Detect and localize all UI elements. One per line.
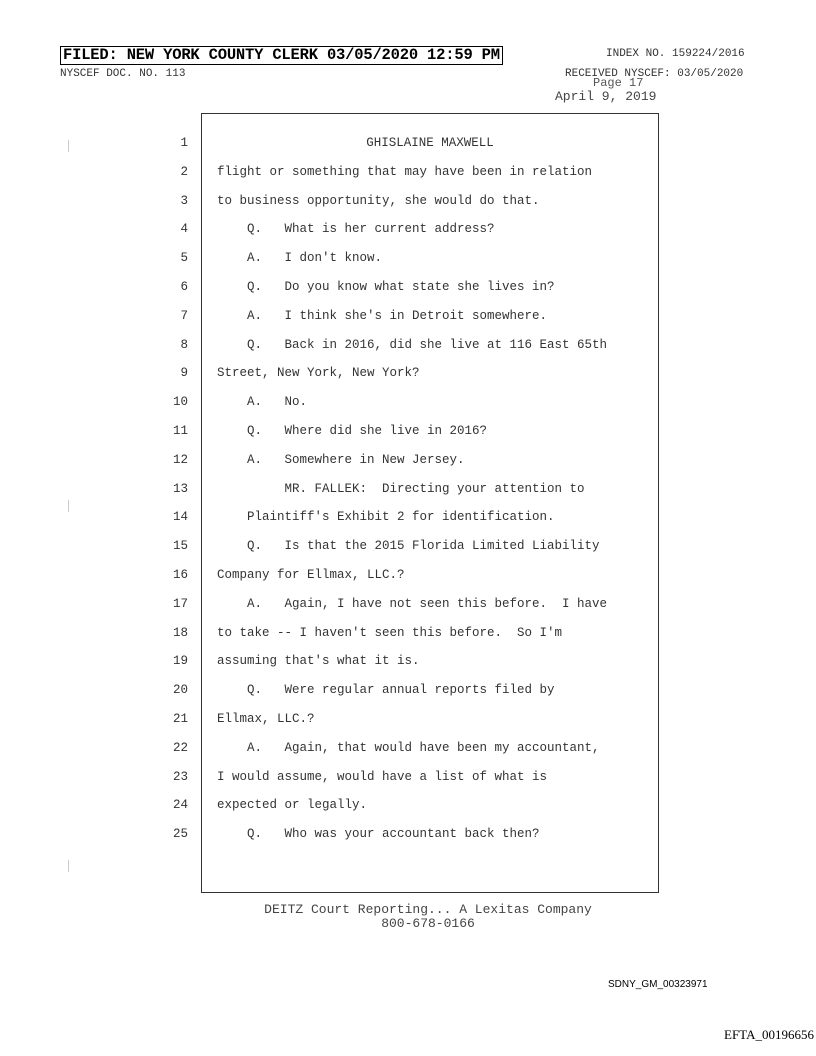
transcript-line: 18to take -- I haven't seen this before.… bbox=[0, 626, 816, 646]
line-text: Q. Were regular annual reports filed by bbox=[217, 683, 555, 697]
line-text: I would assume, would have a list of wha… bbox=[217, 770, 547, 784]
transcript-line: 21Ellmax, LLC.? bbox=[0, 712, 816, 732]
line-text: Q. Do you know what state she lives in? bbox=[217, 280, 555, 294]
reporter-phone: 800-678-0166 bbox=[0, 916, 816, 931]
transcript-line: 11 Q. Where did she live in 2016? bbox=[0, 424, 816, 444]
index-number: INDEX NO. 159224/2016 bbox=[606, 48, 745, 60]
transcript-line: 23I would assume, would have a list of w… bbox=[0, 770, 816, 790]
transcript-line: 19assuming that's what it is. bbox=[0, 654, 816, 674]
line-text: expected or legally. bbox=[217, 798, 367, 812]
line-number: 10 bbox=[160, 395, 188, 409]
line-number: 19 bbox=[160, 654, 188, 668]
line-text: flight or something that may have been i… bbox=[217, 165, 592, 179]
line-number: 22 bbox=[160, 741, 188, 755]
transcript-line: 1GHISLAINE MAXWELL bbox=[0, 136, 816, 156]
received-stamp: RECEIVED NYSCEF: 03/05/2020 bbox=[565, 68, 743, 80]
reporter-name: DEITZ Court Reporting... A Lexitas Compa… bbox=[0, 902, 816, 917]
line-text: Company for Ellmax, LLC.? bbox=[217, 568, 405, 582]
line-number: 13 bbox=[160, 482, 188, 496]
line-number: 5 bbox=[160, 251, 188, 265]
line-number: 11 bbox=[160, 424, 188, 438]
witness-name-heading: GHISLAINE MAXWELL bbox=[202, 136, 658, 150]
transcript-line: 8 Q. Back in 2016, did she live at 116 E… bbox=[0, 338, 816, 358]
line-number: 8 bbox=[160, 338, 188, 352]
line-number: 12 bbox=[160, 453, 188, 467]
line-number: 9 bbox=[160, 366, 188, 380]
line-text: Plaintiff's Exhibit 2 for identification… bbox=[217, 510, 555, 524]
margin-mark bbox=[68, 860, 69, 872]
line-number: 25 bbox=[160, 827, 188, 841]
line-text: Street, New York, New York? bbox=[217, 366, 420, 380]
line-text: Q. Back in 2016, did she live at 116 Eas… bbox=[217, 338, 607, 352]
line-number: 4 bbox=[160, 222, 188, 236]
line-text: Q. What is her current address? bbox=[217, 222, 495, 236]
line-number: 21 bbox=[160, 712, 188, 726]
line-number: 3 bbox=[160, 194, 188, 208]
transcript-line: 15 Q. Is that the 2015 Florida Limited L… bbox=[0, 539, 816, 559]
transcript-line: 14 Plaintiff's Exhibit 2 for identificat… bbox=[0, 510, 816, 530]
line-number: 2 bbox=[160, 165, 188, 179]
line-text: A. I don't know. bbox=[217, 251, 382, 265]
line-text: A. I think she's in Detroit somewhere. bbox=[217, 309, 547, 323]
line-number: 18 bbox=[160, 626, 188, 640]
line-text: MR. FALLEK: Directing your attention to bbox=[217, 482, 585, 496]
transcript-line: 6 Q. Do you know what state she lives in… bbox=[0, 280, 816, 300]
transcript-line: 13 MR. FALLEK: Directing your attention … bbox=[0, 482, 816, 502]
line-number: 17 bbox=[160, 597, 188, 611]
filed-stamp: FILED: NEW YORK COUNTY CLERK 03/05/2020 … bbox=[60, 46, 503, 65]
transcript-line: 3to business opportunity, she would do t… bbox=[0, 194, 816, 214]
line-number: 20 bbox=[160, 683, 188, 697]
line-text: A. No. bbox=[217, 395, 307, 409]
transcript-line: 2flight or something that may have been … bbox=[0, 165, 816, 185]
transcript-line: 5 A. I don't know. bbox=[0, 251, 816, 271]
transcript-line: 17 A. Again, I have not seen this before… bbox=[0, 597, 816, 617]
transcript-line: 20 Q. Were regular annual reports filed … bbox=[0, 683, 816, 703]
line-number: 7 bbox=[160, 309, 188, 323]
transcript-line: 7 A. I think she's in Detroit somewhere. bbox=[0, 309, 816, 329]
line-text: assuming that's what it is. bbox=[217, 654, 420, 668]
line-number: 6 bbox=[160, 280, 188, 294]
transcript-line: 12 A. Somewhere in New Jersey. bbox=[0, 453, 816, 473]
transcript-line: 10 A. No. bbox=[0, 395, 816, 415]
line-text: A. Again, that would have been my accoun… bbox=[217, 741, 600, 755]
line-text: Q. Who was your accountant back then? bbox=[217, 827, 540, 841]
nyscef-doc-number: NYSCEF DOC. NO. 113 bbox=[60, 68, 185, 80]
transcript-line: 24expected or legally. bbox=[0, 798, 816, 818]
transcript-line: 4 Q. What is her current address? bbox=[0, 222, 816, 242]
line-number: 16 bbox=[160, 568, 188, 582]
deposition-date: April 9, 2019 bbox=[555, 89, 656, 104]
transcript-line: 25 Q. Who was your accountant back then? bbox=[0, 827, 816, 847]
line-text: Ellmax, LLC.? bbox=[217, 712, 315, 726]
transcript-line: 9Street, New York, New York? bbox=[0, 366, 816, 386]
transcript-line: 22 A. Again, that would have been my acc… bbox=[0, 741, 816, 761]
efta-number: EFTA_00196656 bbox=[724, 1027, 814, 1043]
line-number: 14 bbox=[160, 510, 188, 524]
line-number: 15 bbox=[160, 539, 188, 553]
bates-number: SDNY_GM_00323971 bbox=[608, 979, 708, 990]
line-number: 23 bbox=[160, 770, 188, 784]
line-number: 24 bbox=[160, 798, 188, 812]
line-text: Q. Is that the 2015 Florida Limited Liab… bbox=[217, 539, 600, 553]
line-text: to take -- I haven't seen this before. S… bbox=[217, 626, 562, 640]
line-text: A. Somewhere in New Jersey. bbox=[217, 453, 465, 467]
transcript-line: 16Company for Ellmax, LLC.? bbox=[0, 568, 816, 588]
line-text: A. Again, I have not seen this before. I… bbox=[217, 597, 607, 611]
line-number: 1 bbox=[160, 136, 188, 150]
line-text: to business opportunity, she would do th… bbox=[217, 194, 540, 208]
line-text: Q. Where did she live in 2016? bbox=[217, 424, 487, 438]
